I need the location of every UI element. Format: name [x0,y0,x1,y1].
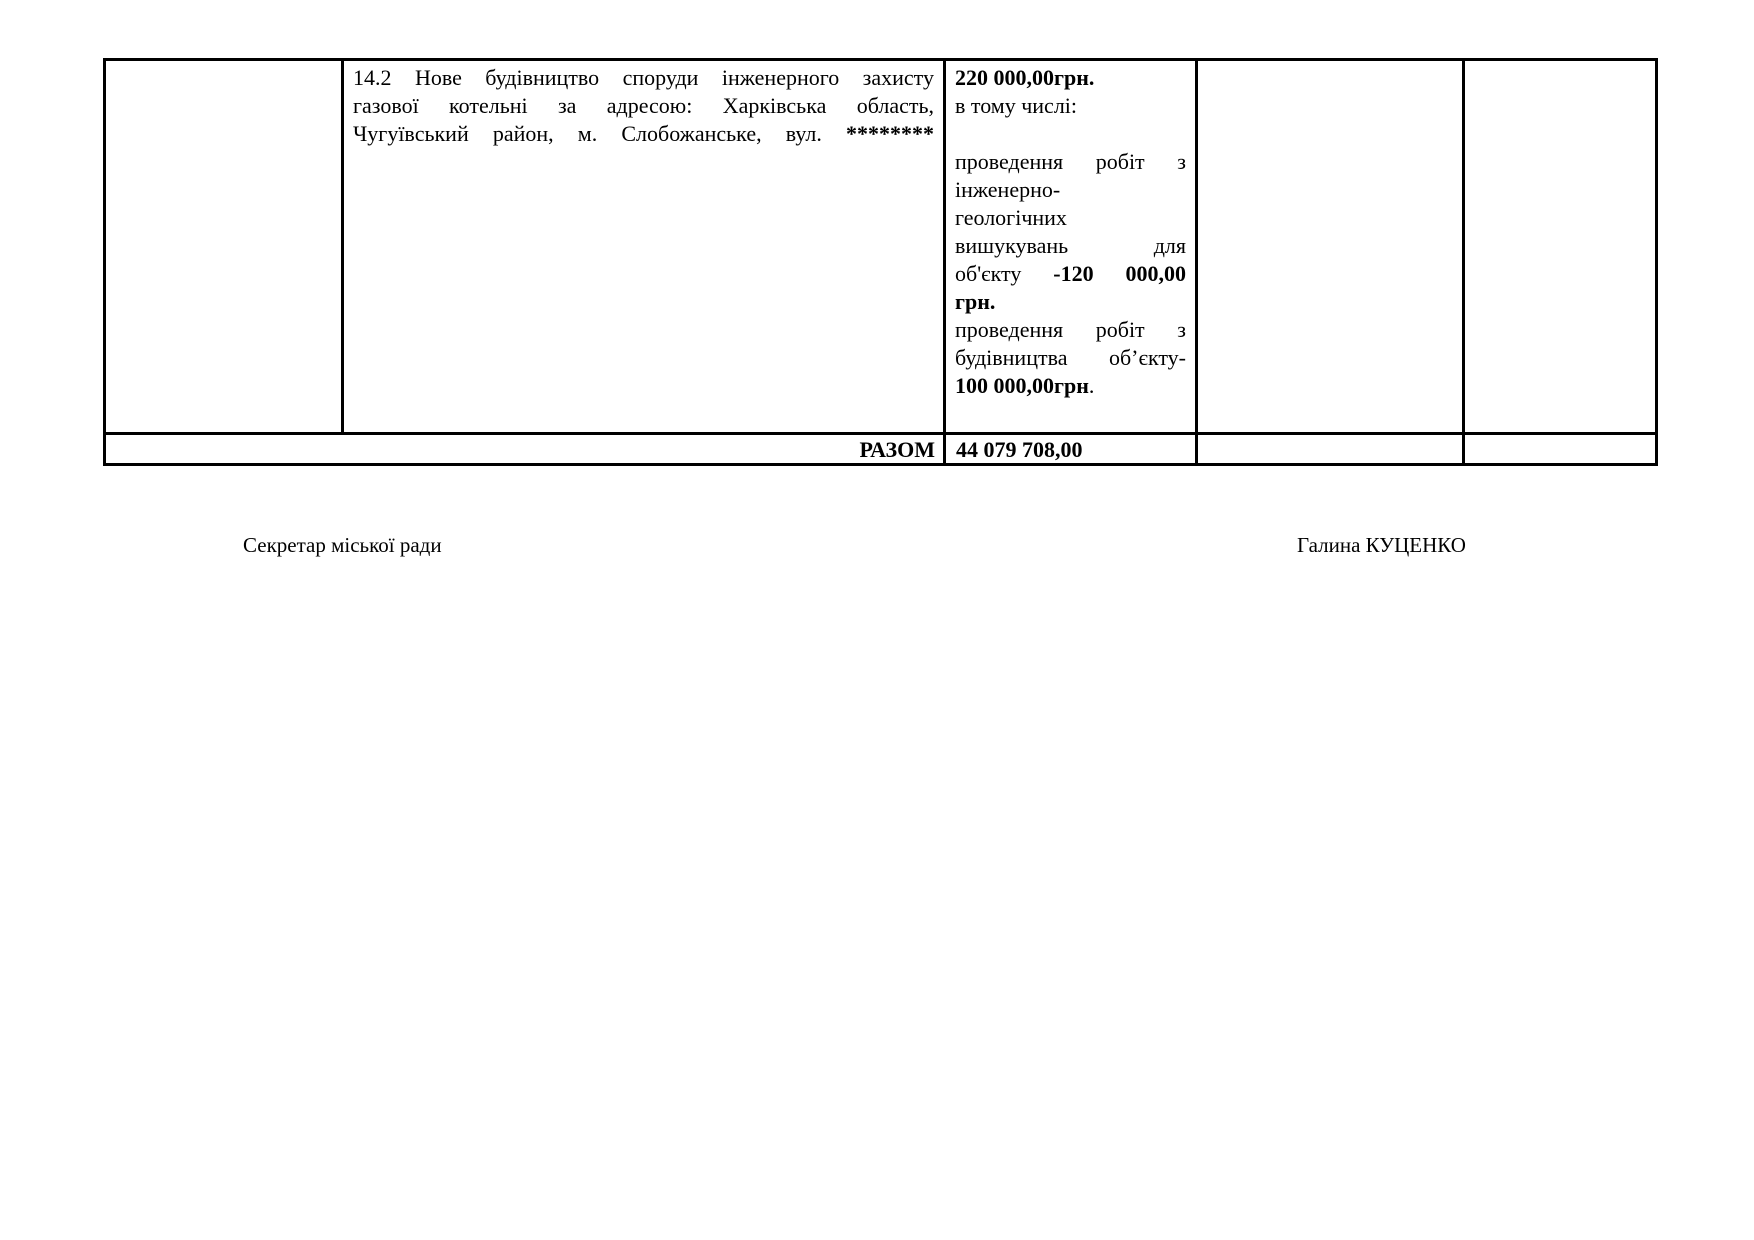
cost-work1-line-4: вишукувань для [955,232,1186,260]
cost-total-line: 220 000,00грн. [955,64,1186,92]
total-empty-cell-col4 [1197,434,1464,465]
description-cell: 14.2 Нове будівництво споруди інженерног… [343,60,945,434]
description-line-3-text: Чугуївський район, м. Слобожанське, вул. [353,121,846,146]
cost-work1-line-5: об'єкту -120 000,00 [955,260,1186,288]
cost-work2-line-3: 100 000,00грн. [955,372,1186,400]
cost-including-line: в тому числі: [955,92,1186,120]
description-line-1: 14.2 Нове будівництво споруди інженерног… [353,64,934,92]
document-page: 14.2 Нове будівництво споруди інженерног… [0,0,1754,1240]
signature-name: Галина КУЦЕНКО [1297,531,1466,559]
cost-work1-line-2: інженерно- [955,176,1186,204]
cost-work2-line-3-amount: 100 000,00грн [955,373,1089,398]
cost-work2-line-3-tail: . [1089,373,1095,398]
total-value-cell: 44 079 708,00 [945,434,1197,465]
cost-cell: 220 000,00грн. в тому числі: проведення … [945,60,1197,434]
cost-blank-line [955,120,1186,148]
empty-cell-col4 [1197,60,1464,434]
item-row: 14.2 Нове будівництво споруди інженерног… [105,60,1657,434]
masked-street-value: ******** [846,121,934,146]
description-line-3: Чугуївський район, м. Слобожанське, вул.… [353,120,934,148]
total-label-cell: РАЗОМ [105,434,945,465]
cost-work2-line-2: будівництва об’єкту- [955,344,1186,372]
empty-cell-col5 [1464,60,1657,434]
signature-title: Секретар міської ради [243,531,442,559]
cost-work1-line-3: геологічних [955,204,1186,232]
empty-cell-col1 [105,60,343,434]
cost-work1-line-5-text: об'єкту [955,261,1053,286]
cost-work1-line-6: грн. [955,288,1186,316]
total-row: РАЗОМ 44 079 708,00 [105,434,1657,465]
budget-table: 14.2 Нове будівництво споруди інженерног… [103,58,1658,466]
description-line-2: газової котельні за адресою: Харківська … [353,92,934,120]
cost-work2-line-1: проведення робіт з [955,316,1186,344]
total-empty-cell-col5 [1464,434,1657,465]
cost-work1-line-1: проведення робіт з [955,148,1186,176]
cost-work1-line-5-amount: -120 000,00 [1053,261,1186,286]
